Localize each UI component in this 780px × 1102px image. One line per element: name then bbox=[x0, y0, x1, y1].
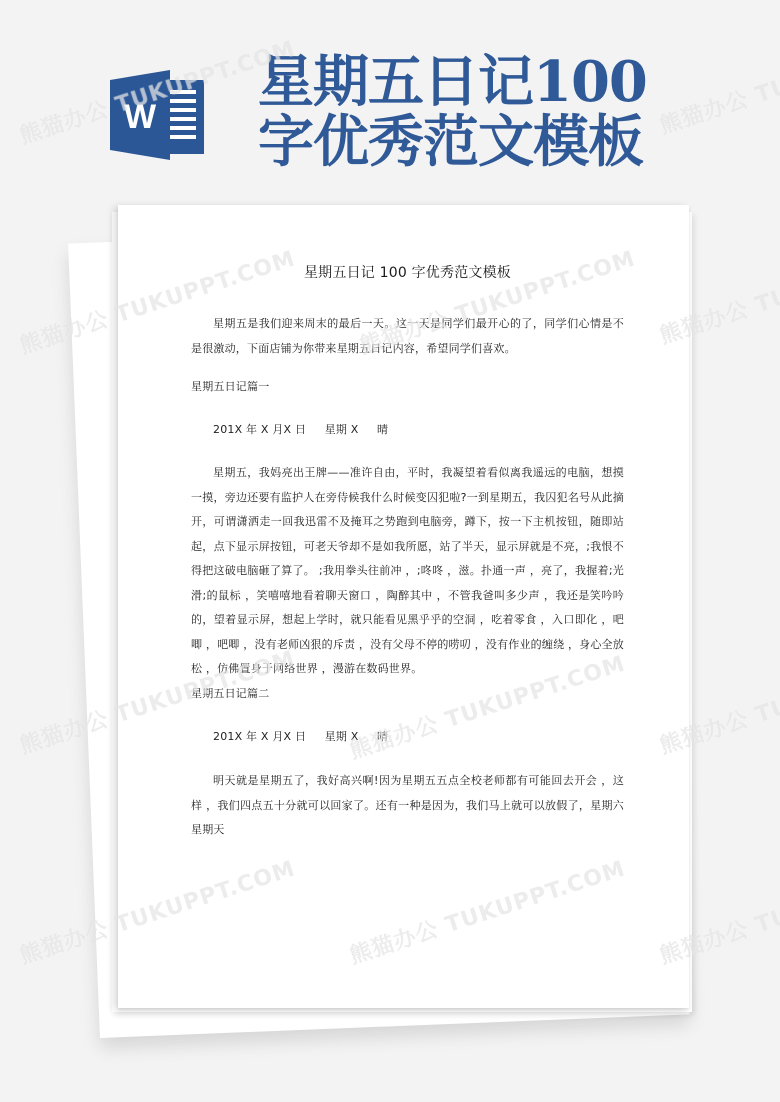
section-dateline-1: 201X 年 X 月X 日 星期 X 晴 bbox=[213, 421, 388, 437]
word-document-icon: W bbox=[108, 68, 208, 162]
banner-title-line2: 字优秀范文模板 bbox=[258, 112, 678, 172]
section-heading-2: 星期五日记篇二 bbox=[191, 685, 269, 701]
section-heading-1: 星期五日记篇一 bbox=[191, 378, 269, 394]
section-body-1: 星期五，我妈亮出王牌——准许自由，平时，我凝望着看似离我遥远的电脑，想摸一摸，旁… bbox=[191, 461, 624, 682]
banner-title: 星期五日记100 字优秀范文模板 bbox=[258, 52, 678, 172]
banner: W 星期五日记100 字优秀范文模板 bbox=[0, 0, 780, 200]
section-dateline-2: 201X 年 X 月X 日 星期 X 晴 bbox=[213, 728, 388, 744]
intro-paragraph: 星期五是我们迎来周末的最后一天。这一天是同学们最开心的了，同学们心情是不是很激动… bbox=[191, 312, 624, 361]
section-body-2: 明天就是星期五了，我好高兴啊!因为星期五五点全校老师都有可能回去开会 ，这样 ，… bbox=[191, 769, 624, 843]
banner-title-line1: 星期五日记100 bbox=[258, 52, 678, 112]
document-title: 星期五日记 100 字优秀范文模板 bbox=[191, 262, 624, 282]
svg-text:W: W bbox=[124, 98, 157, 136]
document-page: 星期五日记 100 字优秀范文模板 星期五是我们迎来周末的最后一天。这一天是同学… bbox=[118, 205, 689, 1008]
